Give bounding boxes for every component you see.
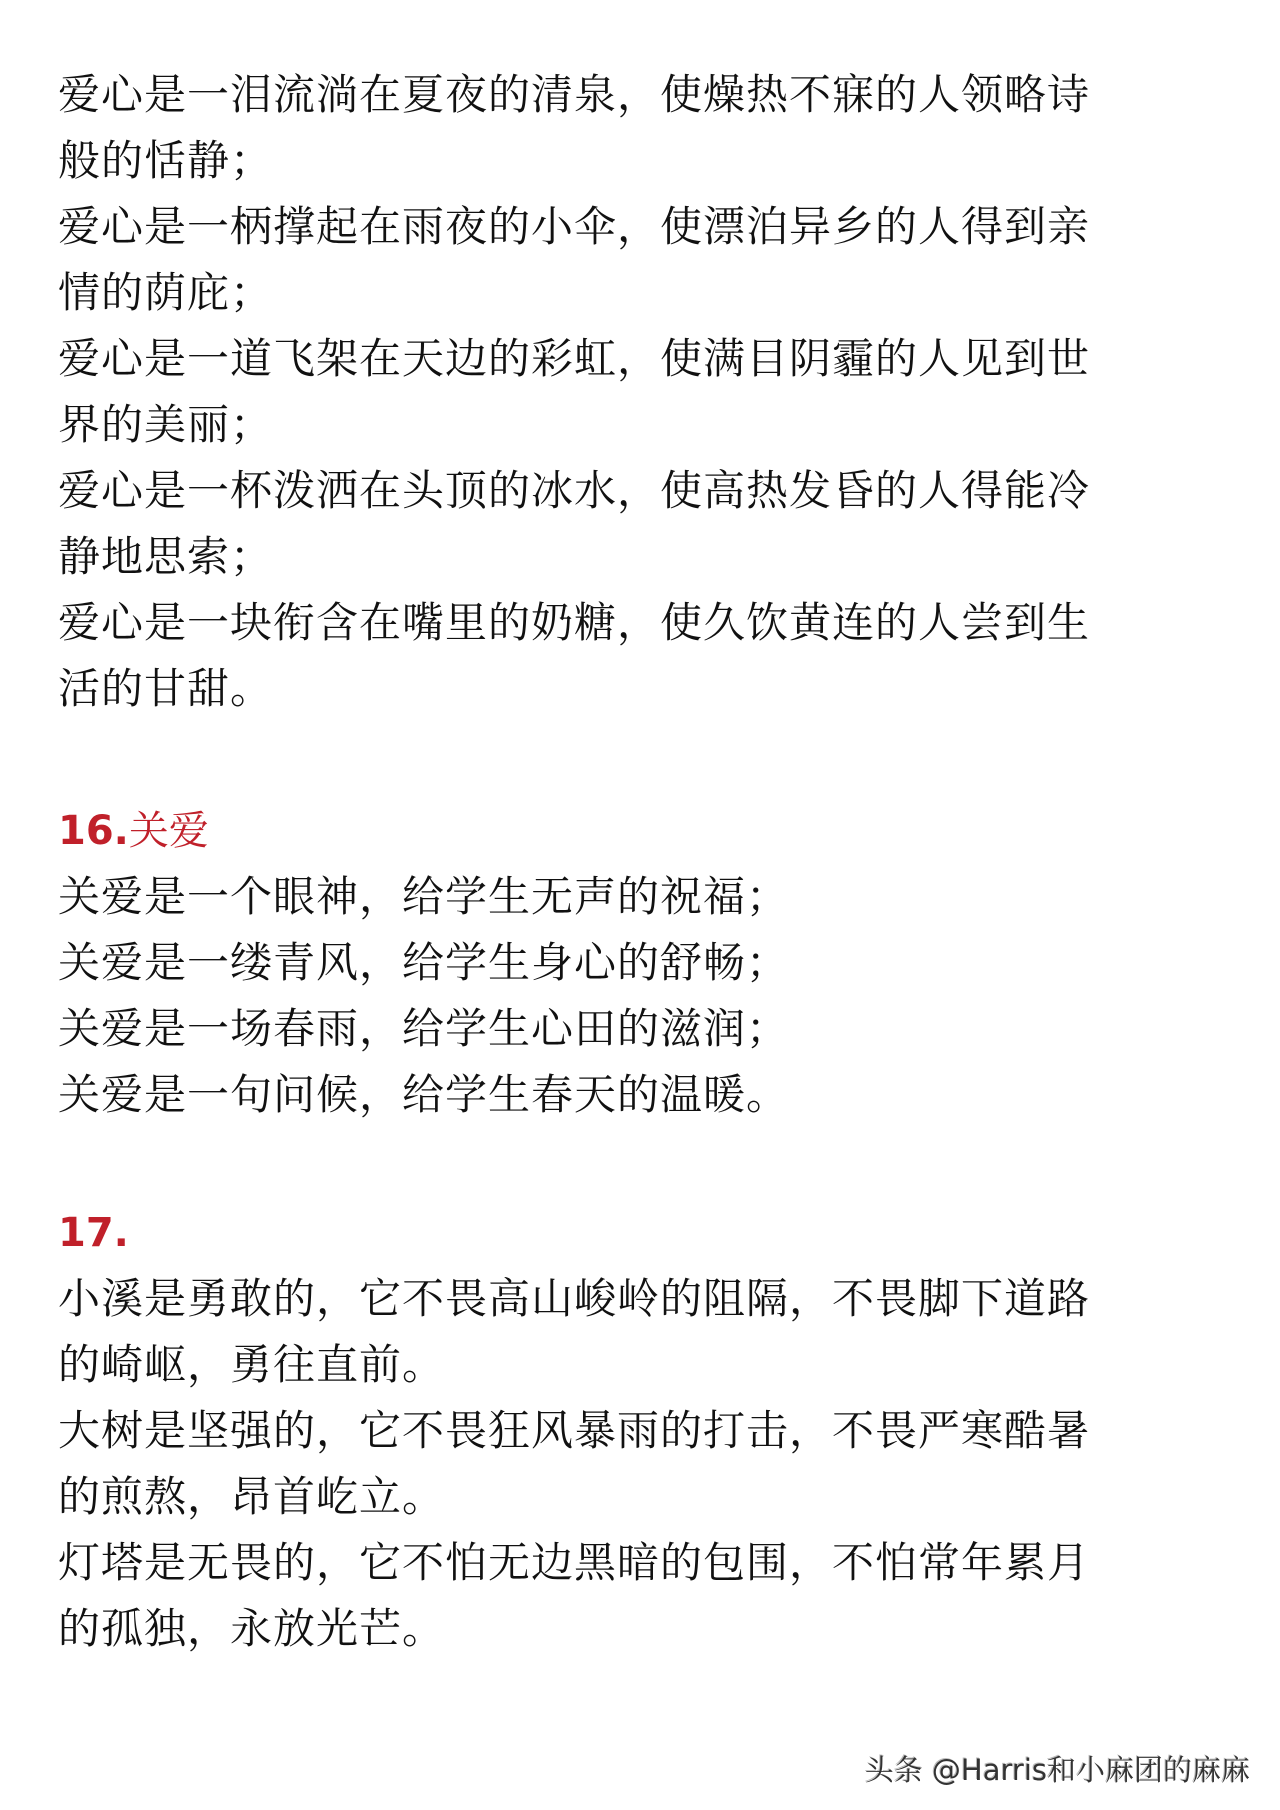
section-spacer	[58, 722, 1208, 798]
text-line: 灯塔是无畏的，它不怕无边黑暗的包围，不怕常年累月	[58, 1530, 1208, 1596]
text-line: 小溪是勇敢的，它不畏高山峻岭的阻隔，不畏脚下道路	[58, 1266, 1208, 1332]
text-line: 的崎岖，勇往直前。	[58, 1332, 1208, 1398]
text-line: 界的美丽；	[58, 392, 1208, 458]
text-line: 爱心是一块衔含在嘴里的奶糖，使久饮黄连的人尝到生	[58, 590, 1208, 656]
text-line: 的孤独，永放光芒。	[58, 1596, 1208, 1662]
text-line: 静地思索；	[58, 524, 1208, 590]
text-line: 情的荫庇；	[58, 260, 1208, 326]
section-15-continued: 爱心是一泪流淌在夏夜的清泉，使燥热不寐的人领略诗 般的恬静； 爱心是一柄撑起在雨…	[58, 62, 1208, 722]
section-heading: 17.	[58, 1200, 1208, 1266]
text-line: 爱心是一杯泼洒在头顶的冰水，使高热发昏的人得能冷	[58, 458, 1208, 524]
text-line: 爱心是一道飞架在天边的彩虹，使满目阴霾的人见到世	[58, 326, 1208, 392]
text-line: 关爱是一场春雨，给学生心田的滋润；	[58, 996, 1208, 1062]
text-line: 爱心是一泪流淌在夏夜的清泉，使燥热不寐的人领略诗	[58, 62, 1208, 128]
document-page: 爱心是一泪流淌在夏夜的清泉，使燥热不寐的人领略诗 般的恬静； 爱心是一柄撑起在雨…	[58, 62, 1208, 1662]
section-16: 16.关爱 关爱是一个眼神，给学生无声的祝福； 关爱是一缕青风，给学生身心的舒畅…	[58, 798, 1208, 1128]
text-line: 关爱是一缕青风，给学生身心的舒畅；	[58, 930, 1208, 996]
text-line: 关爱是一句问候，给学生春天的温暖。	[58, 1062, 1208, 1128]
section-heading: 16.关爱	[58, 798, 1208, 864]
text-line: 大树是坚强的，它不畏狂风暴雨的打击，不畏严寒酷暑	[58, 1398, 1208, 1464]
section-17: 17. 小溪是勇敢的，它不畏高山峻岭的阻隔，不畏脚下道路 的崎岖，勇往直前。 大…	[58, 1200, 1208, 1662]
text-line: 活的甘甜。	[58, 656, 1208, 722]
text-line: 的煎熬，昂首屹立。	[58, 1464, 1208, 1530]
section-spacer	[58, 1128, 1208, 1200]
text-line: 爱心是一柄撑起在雨夜的小伞，使漂泊异乡的人得到亲	[58, 194, 1208, 260]
watermark: 头条 @Harris和小麻团的麻麻	[865, 1748, 1250, 1789]
text-line: 般的恬静；	[58, 128, 1208, 194]
section-number: 16.	[58, 808, 129, 854]
section-number: 17.	[58, 1210, 129, 1256]
section-title: 关爱	[129, 808, 209, 854]
text-line: 关爱是一个眼神，给学生无声的祝福；	[58, 864, 1208, 930]
